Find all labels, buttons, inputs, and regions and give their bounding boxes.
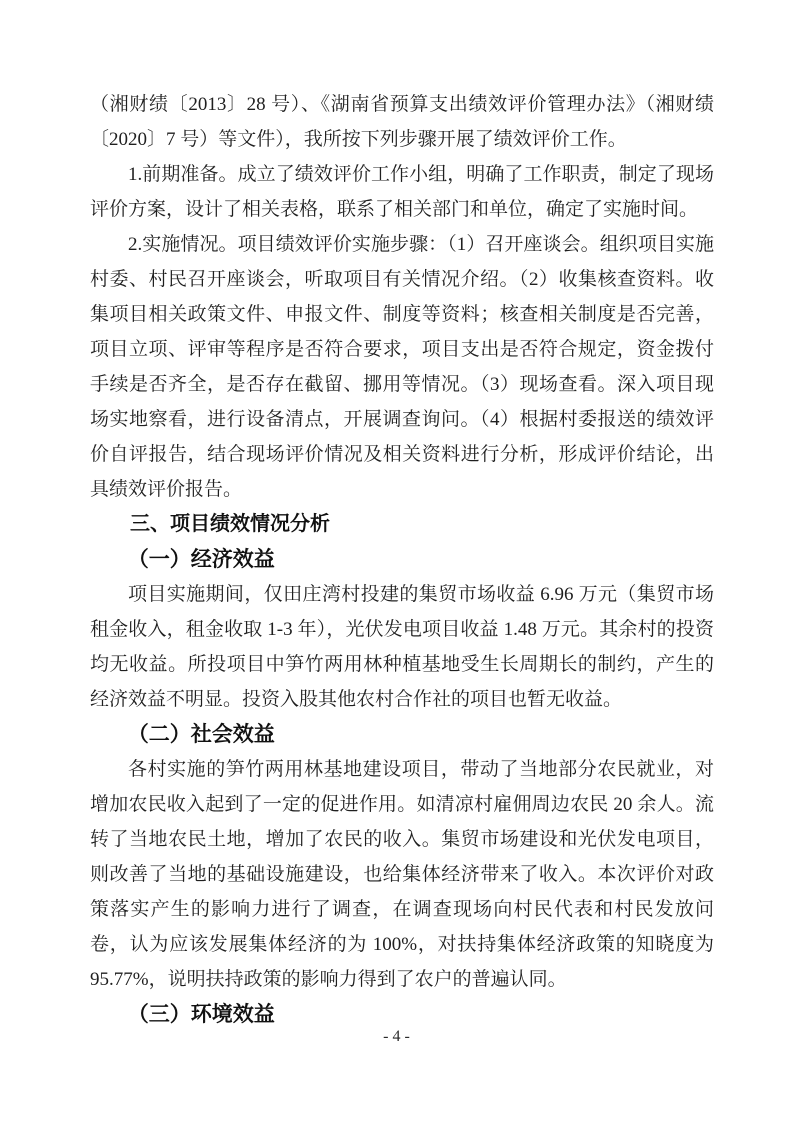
subsection-heading: （一）经济效益 xyxy=(90,542,714,577)
document-page: （湘财绩〔2013〕28 号）、《湖南省预算支出绩效评价管理办法》（湘财绩〔20… xyxy=(0,0,793,1122)
page-number: - 4 - xyxy=(383,1028,410,1045)
page-footer: - 4 - xyxy=(0,1026,793,1048)
subsection-heading: （二）社会效益 xyxy=(90,717,714,752)
body-paragraph: 1.前期准备。成立了绩效评价工作小组，明确了工作职责，制定了现场评价方案，设计了… xyxy=(90,157,714,227)
body-paragraph: 项目实施期间，仅田庄湾村投建的集贸市场收益 6.96 万元（集贸市场租金收入，租… xyxy=(90,577,714,717)
body-paragraph: 各村实施的笋竹两用林基地建设项目，带动了当地部分农民就业，对增加农民收入起到了一… xyxy=(90,752,714,997)
section-heading: 三、项目绩效情况分析 xyxy=(90,507,714,542)
body-paragraph: （湘财绩〔2013〕28 号）、《湖南省预算支出绩效评价管理办法》（湘财绩〔20… xyxy=(90,87,714,157)
body-paragraph: 2.实施情况。项目绩效评价实施步骤：（1）召开座谈会。组织项目实施村委、村民召开… xyxy=(90,227,714,507)
document-content: （湘财绩〔2013〕28 号）、《湖南省预算支出绩效评价管理办法》（湘财绩〔20… xyxy=(90,87,714,1032)
